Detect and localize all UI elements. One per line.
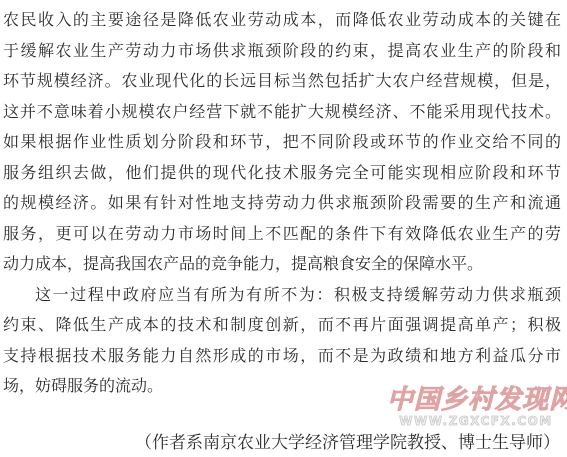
text-line-paragraph-end: 动力成本，提高我国农产品的竞争能力，提高粮食安全的保障水平。 [3,249,561,280]
text-line-paragraph-start: 这一过程中政府应当有所为有所不为：积极支持缓解劳动力供求瓶颈 [3,280,561,311]
article-body: 农民收入的主要途径是降低农业劳动成本，而降低农业劳动成本的关键在 于缓解农业生产… [3,5,561,402]
author-credit: （作者系南京农业大学经济管理学院教授、博士生导师） [135,432,560,454]
text-line: 如果根据作业性质划分阶段和环节，把不同阶段或环节的作业交给不同的 [3,127,561,158]
text-line: 服务组织去做，他们提供的现代化技术服务完全可能实现相应阶段和环节 [3,158,561,189]
text-line: 支持根据技术服务能力自然形成的市场，而不是为政绩和地方利益瓜分市 [3,341,561,372]
text-line: 服务，更可以在劳动力市场时间上不匹配的条件下有效降低农业生产的劳 [3,219,561,250]
text-line: 约束、降低生产成本的技术和制度创新，而不再片面强调提高单产；积极 [3,310,561,341]
text-line: 这并不意味着小规模农户经营下就不能扩大规模经济、不能采用现代技术。 [3,97,561,128]
watermark-url: WWW.ZGXCFX.COM [387,415,565,428]
text-line: 环节规模经济。农业现代化的长远目标当然包括扩大农户经营规模，但是， [3,66,561,97]
text-line: 于缓解农业生产劳动力市场供求瓶颈阶段的约束，提高农业生产的阶段和 [3,36,561,67]
text-line-paragraph-end: 场，妨碍服务的流动。 [3,371,561,402]
text-line: 农民收入的主要途径是降低农业劳动成本，而降低农业劳动成本的关键在 [3,5,561,36]
text-line: 的规模经济。如果有针对性地支持劳动力供求瓶颈阶段需要的生产和流通 [3,188,561,219]
